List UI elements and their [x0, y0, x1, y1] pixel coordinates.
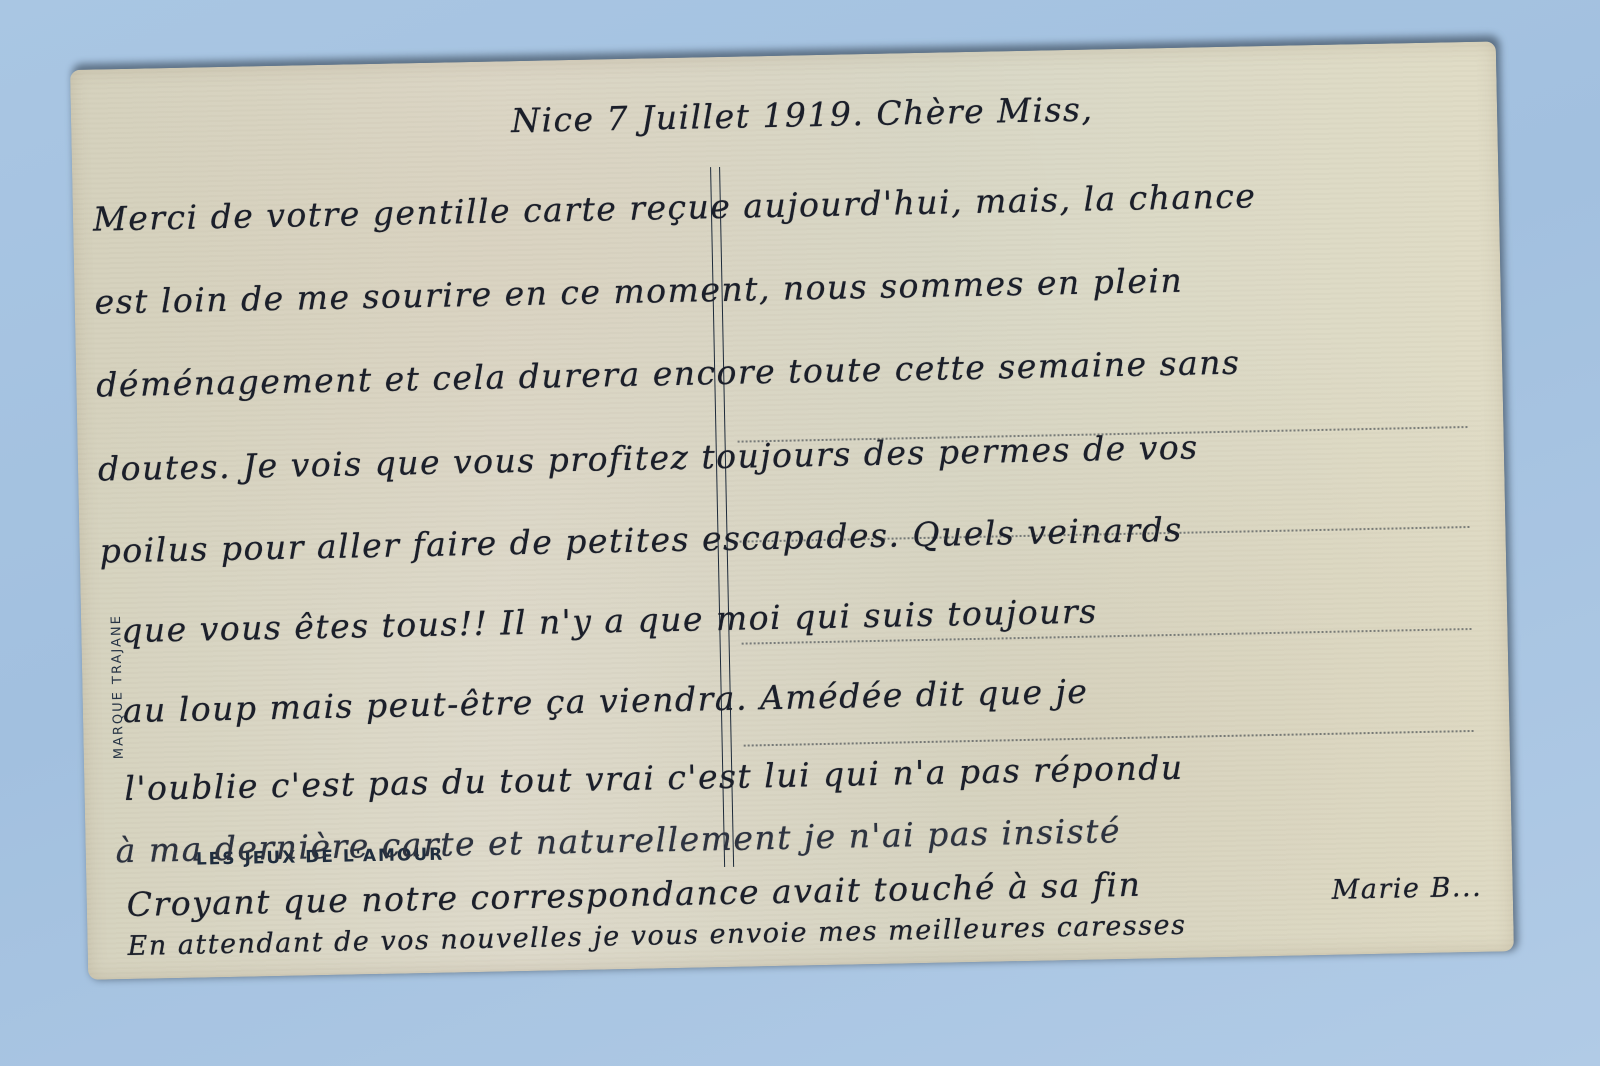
handwritten-line: que vous êtes tous!! Il n'y a que moi qu… [121, 591, 1098, 650]
signature: Marie B... [1331, 872, 1482, 906]
handwritten-line: Merci de votre gentille carte reçue aujo… [93, 176, 1257, 238]
address-line-4 [744, 730, 1474, 747]
handwritten-header: Nice 7 Juillet 1919. Chère Miss, [511, 89, 1094, 140]
handwritten-line: à ma dernière carte et naturellement je … [115, 811, 1121, 870]
handwritten-line: doutes. Je vois que vous profitez toujou… [98, 427, 1199, 488]
photo-scene: MARQUE TRAJANE LES JEUX DE L'AMOUR Nice … [0, 0, 1600, 1066]
handwritten-line: poilus pour aller faire de petites escap… [99, 510, 1183, 571]
postcard: MARQUE TRAJANE LES JEUX DE L'AMOUR Nice … [70, 41, 1514, 979]
handwritten-line: déménagement et cela durera encore toute… [96, 343, 1241, 405]
handwritten-line: au loup mais peut-être ça viendra. Amédé… [122, 672, 1088, 730]
handwritten-line: est loin de me sourire en ce moment, nou… [94, 261, 1183, 322]
handwritten-line: l'oublie c'est pas du tout vrai c'est lu… [124, 748, 1184, 808]
